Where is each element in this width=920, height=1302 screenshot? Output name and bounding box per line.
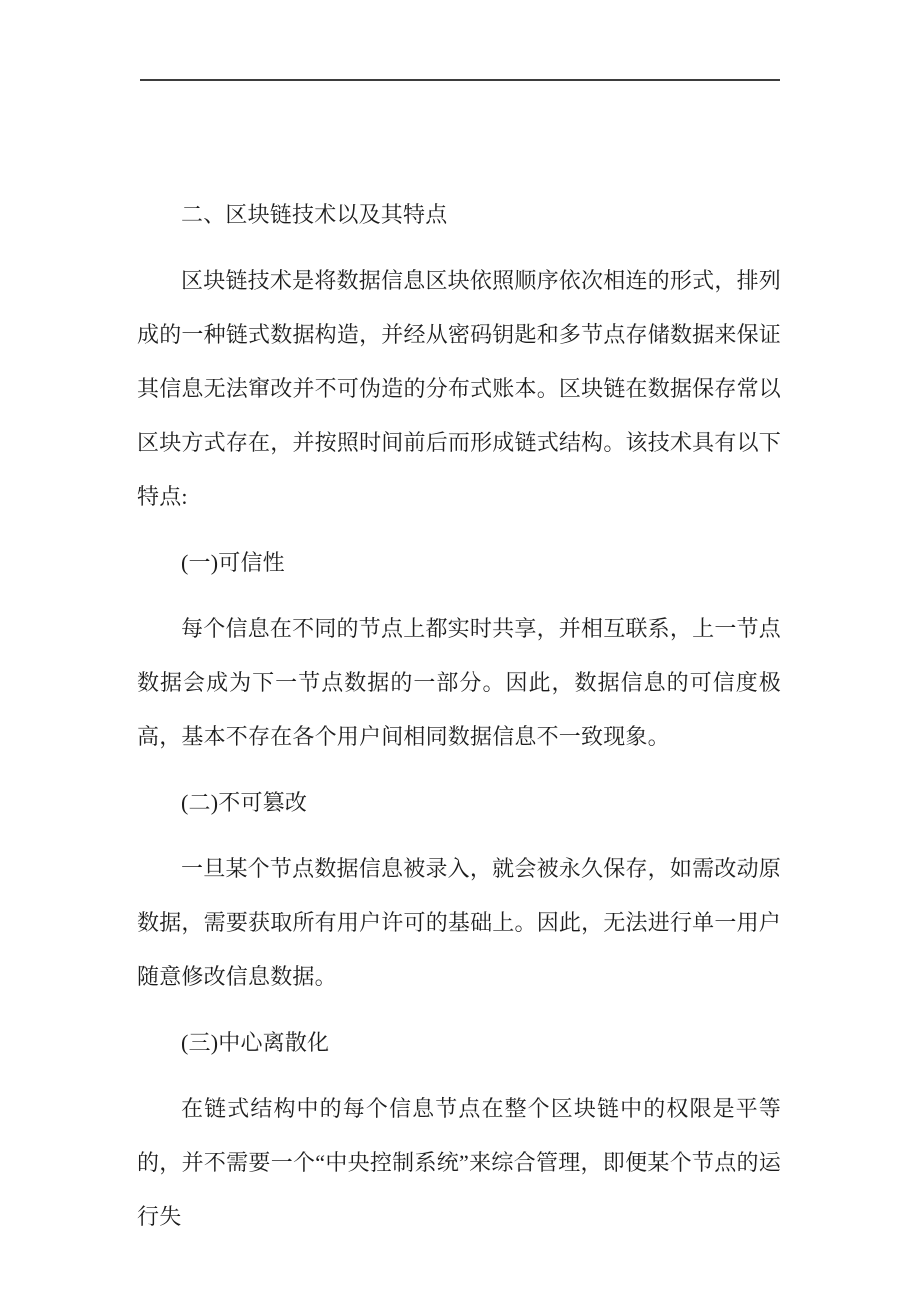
document-page: 二、区块链技术以及其特点区块链技术是将数据信息区块依照顺序依次相连的形式，排列成…: [0, 0, 920, 1302]
body-paragraph: 区块链技术是将数据信息区块依照顺序依次相连的形式，排列成的一种链式数据构造，并经…: [137, 254, 781, 524]
body-paragraph: 在链式结构中的每个信息节点在整个区块链中的权限是平等的，并不需要一个“中央控制系…: [137, 1082, 781, 1244]
body-paragraph: 一旦某个节点数据信息被录入，就会被永久保存，如需改动原数据，需要获取所有用户许可…: [137, 842, 781, 1004]
section-heading: (一)可信性: [137, 536, 781, 590]
header-rule: [140, 79, 780, 81]
section-heading: (二)不可篡改: [137, 776, 781, 830]
document-body: 二、区块链技术以及其特点区块链技术是将数据信息区块依照顺序依次相连的形式，排列成…: [137, 188, 781, 1256]
body-paragraph: 每个信息在不同的节点上都实时共享，并相互联系，上一节点数据会成为下一节点数据的一…: [137, 602, 781, 764]
section-heading: (三)中心离散化: [137, 1016, 781, 1070]
section-heading: 二、区块链技术以及其特点: [137, 188, 781, 242]
